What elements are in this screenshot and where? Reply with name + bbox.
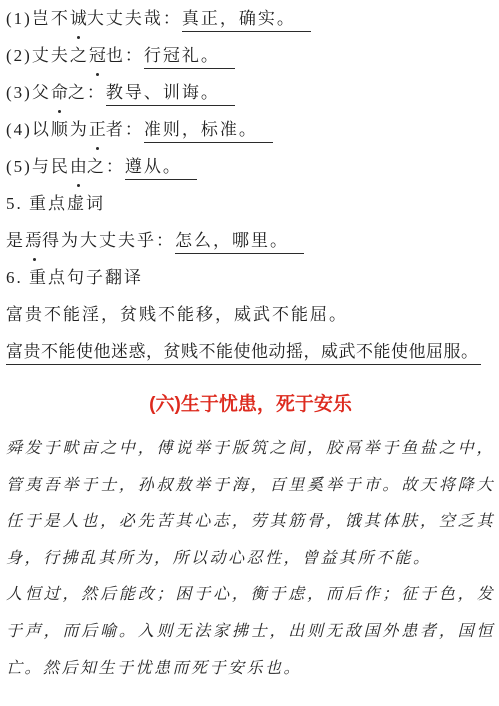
gloss-term-pre: (3)父 [6,83,51,102]
lesson-title: (六)生于忧患，死于安乐 [6,392,495,418]
gloss-term-post: 之： [87,157,125,176]
lesson-text: 舜发于畎亩之中，傅说举于版筑之间，胶鬲举于鱼盐之中，管夷吾举于士，孙叔敖举于海，… [6,431,495,687]
gloss-answer: 教导、训诲。 [106,83,235,106]
xuci-item: 是焉得为大丈夫乎：怎么，哪里。 [6,222,495,259]
gloss-term-pre: (1)岂不 [6,9,70,28]
gloss-term-pre: (2)丈夫之 [6,46,89,65]
gloss-answer: 行冠礼。 [144,46,235,69]
gloss-item-4: (4)以顺为正者：准则，标准。 [6,111,495,148]
gloss-answer: 准则，标准。 [144,120,273,143]
section5-heading: 5. 重点虚词 [6,185,495,222]
emphasis-char: 焉 [25,222,42,259]
gloss-term-pre: (5)与民 [6,157,70,176]
lesson-paragraph-1: 舜发于畎亩之中，傅说举于版筑之间，胶鬲举于鱼盐之中，管夷吾举于士，孙叔敖举于海，… [6,431,495,577]
emphasis-char: 命 [51,74,68,111]
gloss-item-2: (2)丈夫之冠也：行冠礼。 [6,37,495,74]
lesson-paragraph-2: 人恒过，然后能改；困于心，衡于虑，而后作；征于色，发于声，而后喻。入则无法家拂士… [6,577,495,687]
translation-line: 富贵不能使他迷惑，贫贱不能使他动摇，威武不能使他屈服。 [6,333,495,370]
gloss-answer: 遵从。 [125,157,197,180]
xuci-term-post: 得为大丈夫乎： [42,231,175,250]
gloss-item-1: (1)岂不诚大丈夫哉：真正，确实。 [6,0,495,37]
gloss-term-post: 之： [68,83,106,102]
gloss-term-post: 大丈夫哉： [87,9,182,28]
gloss-answer: 真正，确实。 [182,9,311,32]
xuci-term-pre: 是 [6,231,25,250]
gloss-term-post: 也： [106,46,144,65]
translation-underlined: 富贵不能使他迷惑，贫贱不能使他动摇，威武不能使他屈服。 [6,342,481,365]
gloss-item-5: (5)与民由之：遵从。 [6,148,495,185]
xuci-answer: 怎么，哪里。 [175,231,304,254]
document-page: (1)岂不诚大丈夫哉：真正，确实。 (2)丈夫之冠也：行冠礼。 (3)父命之：教… [0,0,499,687]
source-sentence: 富贵不能淫，贫贱不能移，威武不能屈。 [6,296,495,333]
emphasis-char: 由 [70,148,87,185]
emphasis-char: 正 [89,111,106,148]
gloss-term-post: 者： [106,120,144,139]
emphasis-char: 诚 [70,0,87,37]
section6-heading: 6. 重点句子翻译 [6,259,495,296]
gloss-term-pre: (4)以顺为 [6,120,89,139]
gloss-item-3: (3)父命之：教导、训诲。 [6,74,495,111]
emphasis-char: 冠 [89,37,106,74]
